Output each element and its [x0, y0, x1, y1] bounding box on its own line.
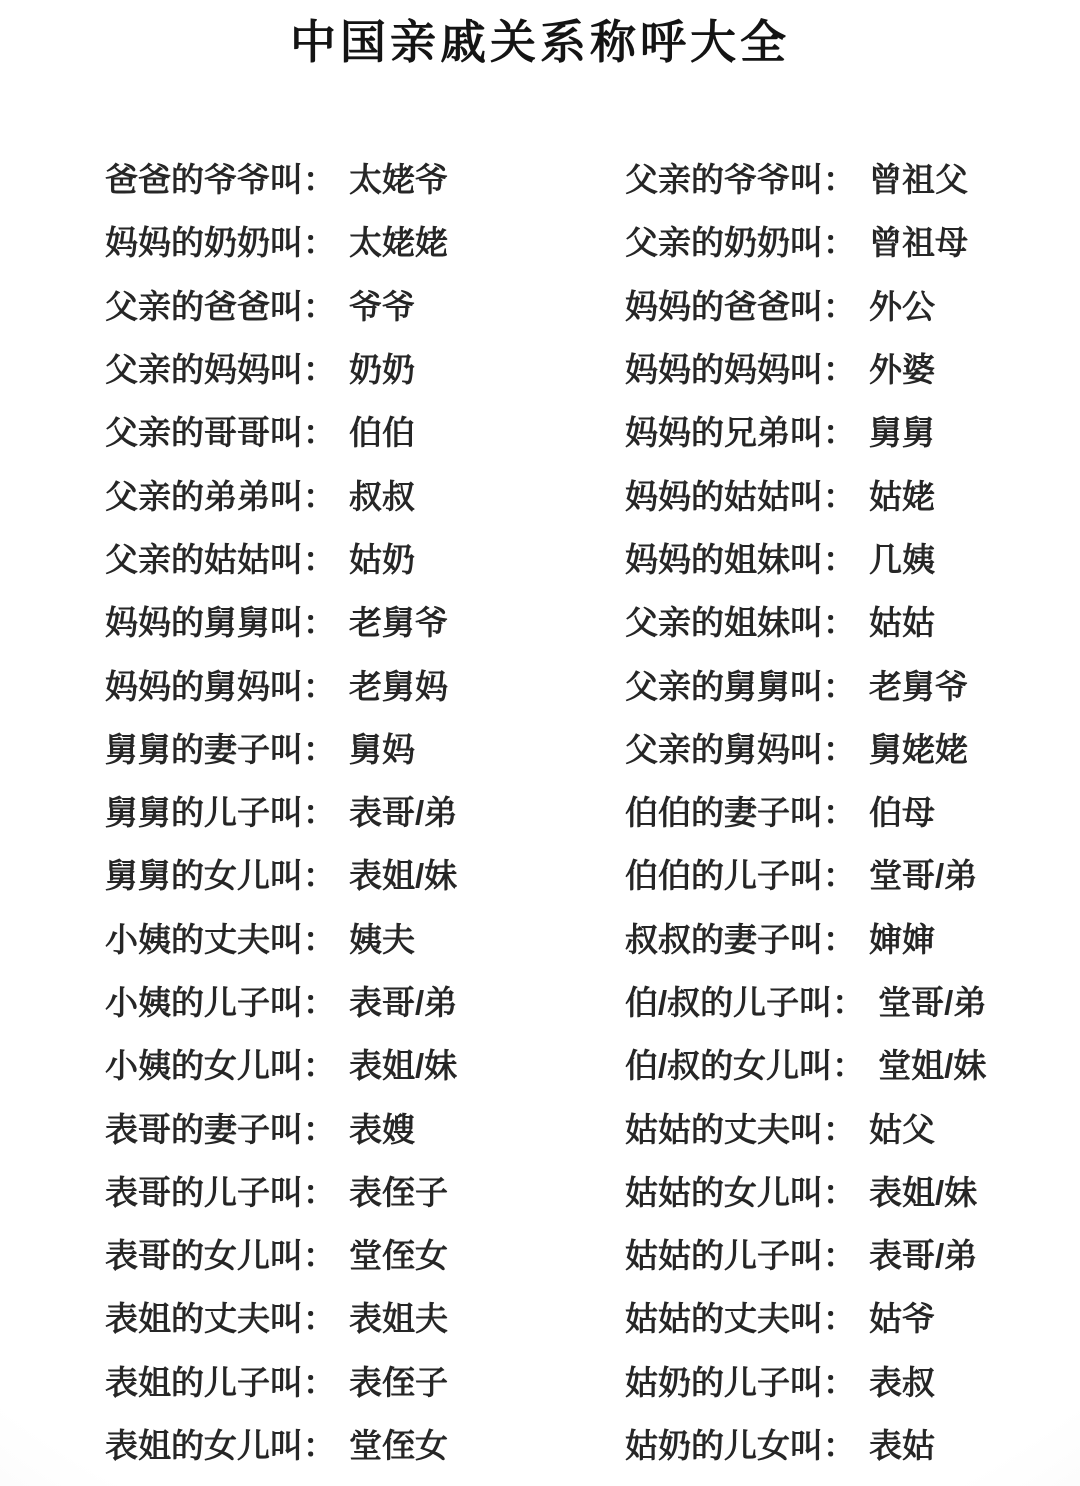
kinship-term: 舅姥姥 [869, 724, 968, 771]
kinship-term: 姑父 [869, 1104, 935, 1151]
kinship-row: 表姐的儿子叫：表侄子 [105, 1349, 457, 1412]
kinship-row: 妈妈的兄弟叫：舅舅 [625, 399, 986, 462]
kinship-row: 表哥的儿子叫：表侄子 [105, 1159, 457, 1222]
relation-label: 表姐的丈夫叫： [105, 1293, 336, 1340]
kinship-term: 曾祖父 [869, 154, 968, 201]
kinship-term: 表侄子 [349, 1357, 448, 1404]
relation-label: 爸爸的爷爷叫： [105, 154, 336, 201]
kinship-row: 小姨的儿子叫：表哥/弟 [105, 969, 457, 1032]
relation-label: 父亲的姑姑叫： [105, 534, 336, 581]
kinship-term: 姑姑 [869, 597, 935, 644]
kinship-term: 爷爷 [349, 281, 415, 328]
kinship-row: 妈妈的舅舅叫：老舅爷 [105, 589, 457, 652]
relation-label: 伯伯的儿子叫： [625, 850, 856, 897]
kinship-term: 曾祖母 [869, 217, 968, 264]
kinship-row: 表姐的丈夫叫：表姐夫 [105, 1285, 457, 1348]
kinship-term: 外公 [869, 281, 935, 328]
kinship-row: 舅舅的妻子叫：舅妈 [105, 716, 457, 779]
relation-label: 父亲的哥哥叫： [105, 407, 336, 454]
kinship-row: 父亲的姐妹叫：姑姑 [625, 589, 986, 652]
kinship-term: 舅舅 [869, 407, 935, 454]
kinship-row: 父亲的舅舅叫：老舅爷 [625, 652, 986, 715]
kinship-term: 姑奶 [349, 534, 415, 581]
relation-label: 父亲的弟弟叫： [105, 471, 336, 518]
relation-label: 表姐的女儿叫： [105, 1420, 336, 1467]
kinship-term: 表姐/妹 [869, 1167, 977, 1214]
relation-label: 表姐的儿子叫： [105, 1357, 336, 1404]
kinship-row: 爸爸的爷爷叫：太姥爷 [105, 146, 457, 209]
kinship-term: 表姐/妹 [349, 850, 457, 897]
kinship-term: 叔叔 [349, 471, 415, 518]
relation-label: 姑姑的丈夫叫： [625, 1293, 856, 1340]
relation-label: 父亲的爸爸叫： [105, 281, 336, 328]
kinship-row: 叔叔的妻子叫：婶婶 [625, 906, 986, 969]
kinship-row: 妈妈的妈妈叫：外婆 [625, 336, 986, 399]
relation-label: 妈妈的姐妹叫： [625, 534, 856, 581]
relation-label: 小姨的丈夫叫： [105, 914, 336, 961]
kinship-term: 堂侄女 [349, 1420, 448, 1467]
relation-label: 伯/叔的儿子叫： [625, 977, 865, 1024]
kinship-term: 老舅爷 [869, 661, 968, 708]
kinship-row: 父亲的奶奶叫：曾祖母 [625, 209, 986, 272]
kinship-row: 妈妈的爸爸叫：外公 [625, 273, 986, 336]
relation-label: 妈妈的舅妈叫： [105, 661, 336, 708]
kinship-row: 舅舅的女儿叫：表姐/妹 [105, 842, 457, 905]
kinship-row: 伯/叔的女儿叫：堂姐/妹 [625, 1032, 986, 1095]
kinship-term: 太姥爷 [349, 154, 448, 201]
relation-label: 叔叔的妻子叫： [625, 914, 856, 961]
relation-label: 妈妈的奶奶叫： [105, 217, 336, 264]
relation-label: 妈妈的姑姑叫： [625, 471, 856, 518]
kinship-term: 堂哥/弟 [878, 977, 986, 1024]
kinship-row: 父亲的舅妈叫：舅姥姥 [625, 716, 986, 779]
kinship-term: 表姐/妹 [349, 1040, 457, 1087]
kinship-term: 表姑 [869, 1420, 935, 1467]
kinship-term: 几姨 [869, 534, 935, 581]
kinship-row: 父亲的妈妈叫：奶奶 [105, 336, 457, 399]
relation-label: 姑姑的丈夫叫： [625, 1104, 856, 1151]
kinship-term: 表叔 [869, 1357, 935, 1404]
relation-label: 表哥的女儿叫： [105, 1230, 336, 1277]
relation-label: 表哥的妻子叫： [105, 1104, 336, 1151]
kinship-column-left: 爸爸的爷爷叫：太姥爷 妈妈的奶奶叫：太姥姥 父亲的爸爸叫：爷爷 父亲的妈妈叫：奶… [105, 146, 457, 1475]
kinship-row: 姑姑的丈夫叫：姑爷 [625, 1285, 986, 1348]
kinship-term: 太姥姥 [349, 217, 448, 264]
kinship-row: 小姨的女儿叫：表姐/妹 [105, 1032, 457, 1095]
kinship-row: 妈妈的奶奶叫：太姥姥 [105, 209, 457, 272]
kinship-term: 姑爷 [869, 1293, 935, 1340]
kinship-row: 姑姑的儿子叫：表哥/弟 [625, 1222, 986, 1285]
relation-label: 妈妈的妈妈叫： [625, 344, 856, 391]
kinship-row: 父亲的弟弟叫：叔叔 [105, 462, 457, 525]
kinship-row: 姑奶的儿子叫：表叔 [625, 1349, 986, 1412]
kinship-term: 外婆 [869, 344, 935, 391]
kinship-term: 堂姐/妹 [878, 1040, 986, 1087]
kinship-term: 表哥/弟 [349, 787, 457, 834]
kinship-term: 表哥/弟 [869, 1230, 977, 1277]
kinship-row: 伯伯的儿子叫：堂哥/弟 [625, 842, 986, 905]
kinship-term: 老舅妈 [349, 661, 448, 708]
kinship-row: 表姐的女儿叫：堂侄女 [105, 1412, 457, 1475]
relation-label: 伯/叔的女儿叫： [625, 1040, 865, 1087]
kinship-term: 表侄子 [349, 1167, 448, 1214]
relation-label: 姑姑的儿子叫： [625, 1230, 856, 1277]
relation-label: 妈妈的兄弟叫： [625, 407, 856, 454]
kinship-row: 表哥的女儿叫：堂侄女 [105, 1222, 457, 1285]
relation-label: 父亲的爷爷叫： [625, 154, 856, 201]
kinship-poster: 中国亲戚关系称呼大全 爸爸的爷爷叫：太姥爷 妈妈的奶奶叫：太姥姥 父亲的爸爸叫：… [0, 0, 1080, 1486]
relation-label: 小姨的儿子叫： [105, 977, 336, 1024]
kinship-row: 表哥的妻子叫：表嫂 [105, 1095, 457, 1158]
relation-label: 姑奶的儿子叫： [625, 1357, 856, 1404]
relation-label: 表哥的儿子叫： [105, 1167, 336, 1214]
kinship-row: 姑奶的儿女叫：表姑 [625, 1412, 986, 1475]
kinship-term: 老舅爷 [349, 597, 448, 644]
kinship-row: 父亲的哥哥叫：伯伯 [105, 399, 457, 462]
kinship-row: 父亲的爸爸叫：爷爷 [105, 273, 457, 336]
relation-label: 姑姑的女儿叫： [625, 1167, 856, 1214]
kinship-row: 父亲的姑姑叫：姑奶 [105, 526, 457, 589]
kinship-row: 父亲的爷爷叫：曾祖父 [625, 146, 986, 209]
page-title: 中国亲戚关系称呼大全 [0, 6, 1080, 72]
relation-label: 妈妈的爸爸叫： [625, 281, 856, 328]
relation-label: 姑奶的儿女叫： [625, 1420, 856, 1467]
kinship-term: 伯母 [869, 787, 935, 834]
kinship-row: 妈妈的姐妹叫：几姨 [625, 526, 986, 589]
kinship-row: 妈妈的姑姑叫：姑姥 [625, 462, 986, 525]
kinship-row: 伯/叔的儿子叫：堂哥/弟 [625, 969, 986, 1032]
relation-label: 父亲的妈妈叫： [105, 344, 336, 391]
kinship-term: 表哥/弟 [349, 977, 457, 1024]
relation-label: 妈妈的舅舅叫： [105, 597, 336, 644]
kinship-term: 伯伯 [349, 407, 415, 454]
relation-label: 父亲的舅妈叫： [625, 724, 856, 771]
kinship-column-right: 父亲的爷爷叫：曾祖父 父亲的奶奶叫：曾祖母 妈妈的爸爸叫：外公 妈妈的妈妈叫：外… [625, 146, 986, 1475]
relation-label: 舅舅的妻子叫： [105, 724, 336, 771]
kinship-row: 姑姑的丈夫叫：姑父 [625, 1095, 986, 1158]
kinship-row: 小姨的丈夫叫：姨夫 [105, 906, 457, 969]
kinship-term: 表嫂 [349, 1104, 415, 1151]
relation-label: 父亲的舅舅叫： [625, 661, 856, 708]
kinship-row: 姑姑的女儿叫：表姐/妹 [625, 1159, 986, 1222]
relation-label: 舅舅的儿子叫： [105, 787, 336, 834]
relation-label: 伯伯的妻子叫： [625, 787, 856, 834]
kinship-row: 舅舅的儿子叫：表哥/弟 [105, 779, 457, 842]
relation-label: 舅舅的女儿叫： [105, 850, 336, 897]
kinship-term: 堂哥/弟 [869, 850, 977, 897]
kinship-term: 堂侄女 [349, 1230, 448, 1277]
kinship-row: 伯伯的妻子叫：伯母 [625, 779, 986, 842]
kinship-term: 姨夫 [349, 914, 415, 961]
kinship-term: 舅妈 [349, 724, 415, 771]
relation-label: 父亲的姐妹叫： [625, 597, 856, 644]
kinship-term: 姑姥 [869, 471, 935, 518]
kinship-term: 奶奶 [349, 344, 415, 391]
kinship-row: 妈妈的舅妈叫：老舅妈 [105, 652, 457, 715]
kinship-term: 表姐夫 [349, 1293, 448, 1340]
kinship-term: 婶婶 [869, 914, 935, 961]
relation-label: 父亲的奶奶叫： [625, 217, 856, 264]
relation-label: 小姨的女儿叫： [105, 1040, 336, 1087]
